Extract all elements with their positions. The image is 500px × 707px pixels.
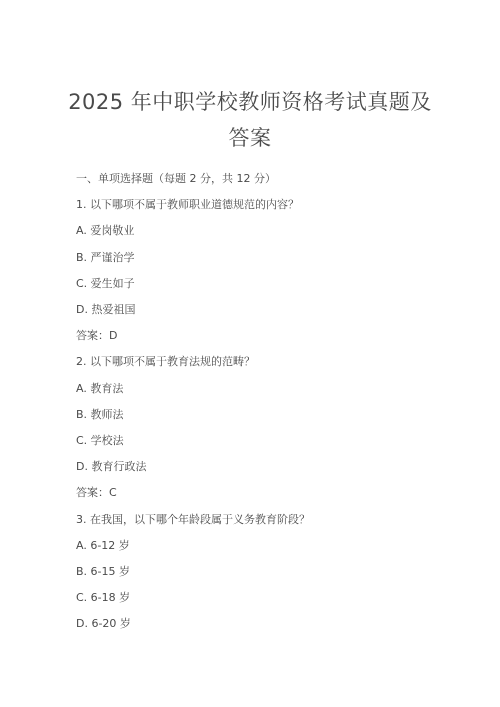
question-1-option-a: A. 爱岗敬业 bbox=[76, 222, 134, 238]
question-1-stem: 1. 以下哪项不属于教师职业道德规范的内容？ bbox=[76, 196, 299, 212]
question-2-option-a: A. 教育法 bbox=[76, 380, 123, 396]
question-2-option-d: D. 教育行政法 bbox=[76, 458, 146, 474]
question-3-stem: 3. 在我国，以下哪个年龄段属于义务教育阶段？ bbox=[76, 511, 310, 527]
question-1-option-d: D. 热爱祖国 bbox=[76, 301, 135, 317]
question-3-option-a: A. 6-12 岁 bbox=[76, 537, 130, 553]
question-2-stem: 2. 以下哪项不属于教育法规的范畴？ bbox=[76, 353, 255, 369]
document-page: 2025 年中职学校教师资格考试真题及 答案 一、单项选择题（每题 2 分，共 … bbox=[0, 0, 500, 707]
question-1-option-b: B. 严谨治学 bbox=[76, 249, 135, 265]
question-3-option-b: B. 6-15 岁 bbox=[76, 563, 130, 579]
question-1-option-c: C. 爱生如子 bbox=[76, 275, 135, 291]
question-2-option-c: C. 学校法 bbox=[76, 432, 124, 448]
question-1-answer: 答案：D bbox=[76, 327, 117, 343]
question-2-option-b: B. 教师法 bbox=[76, 406, 124, 422]
question-2-answer: 答案：C bbox=[76, 484, 117, 500]
document-title-line-1: 2025 年中职学校教师资格考试真题及 bbox=[0, 86, 500, 116]
question-3-option-c: C. 6-18 岁 bbox=[76, 589, 130, 605]
question-3-option-d: D. 6-20 岁 bbox=[76, 615, 131, 631]
document-title-line-2: 答案 bbox=[0, 122, 500, 152]
section-heading: 一、单项选择题（每题 2 分，共 12 分） bbox=[76, 170, 276, 186]
